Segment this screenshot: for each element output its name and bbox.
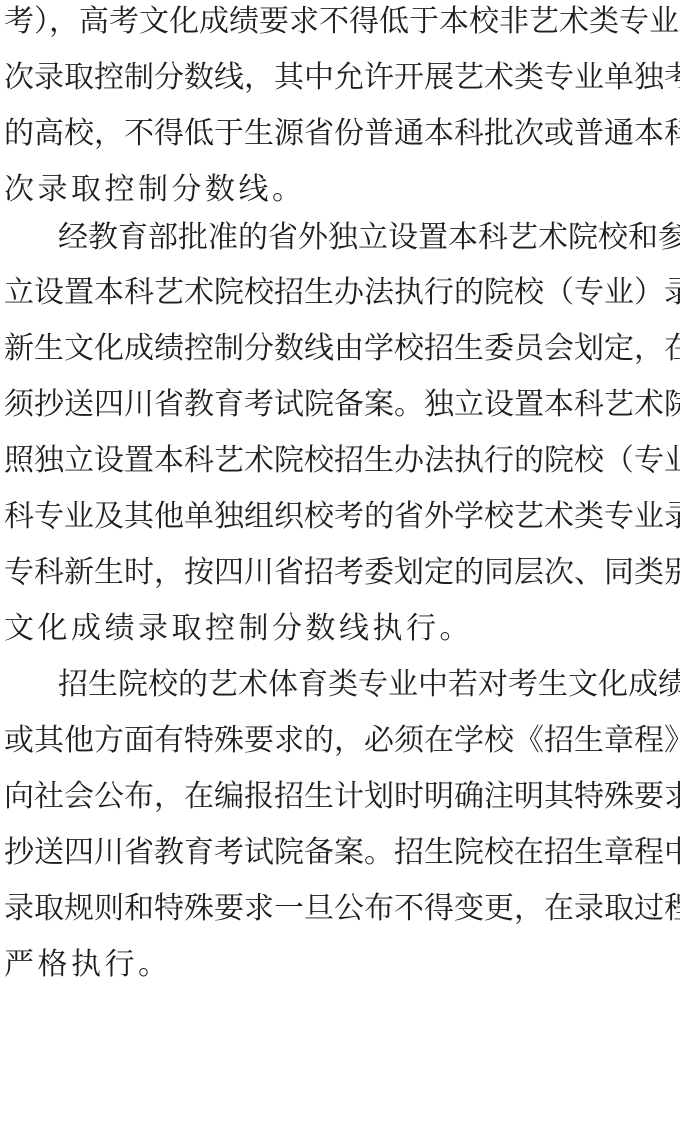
text-line: 立设置本科艺术院校招生办法执行的院校（专业）录取本科 xyxy=(4,273,676,313)
text-line: 新生文化成绩控制分数线由学校招生委员会划定，在录取前 xyxy=(4,329,676,369)
text-line: 文化成绩录取控制分数线执行。 xyxy=(4,609,676,649)
text-line: 专科新生时，按四川省招考委划定的同层次、同类别专业的 xyxy=(4,553,676,593)
text-line: 严格执行。 xyxy=(4,945,676,985)
text-line: 次录取控制分数线。 xyxy=(4,170,676,210)
text-line: 须抄送四川省教育考试院备案。独立设置本科艺术院校和参 xyxy=(4,385,676,425)
text-line: 照独立设置本科艺术院校招生办法执行的院校（专业）的专 xyxy=(4,441,676,481)
text-line: 录取规则和特殊要求一旦公布不得变更，在录取过程中必须 xyxy=(4,889,676,929)
paragraph-first-line: 招生院校的艺术体育类专业中若对考生文化成绩、身高 xyxy=(58,665,676,705)
text-line: 的高校，不得低于生源省份普通本科批次或普通本科第二批 xyxy=(4,114,676,154)
document-page: 考），高考文化成绩要求不得低于本校非艺术类专业所在批 次录取控制分数线，其中允许… xyxy=(0,0,680,1122)
text-line: 科专业及其他单独组织校考的省外学校艺术类专业录取本、 xyxy=(4,497,676,537)
text-line: 次录取控制分数线，其中允许开展艺术类专业单独考试招生 xyxy=(4,58,676,98)
text-line: 考），高考文化成绩要求不得低于本校非艺术类专业所在批 xyxy=(4,2,676,42)
text-line: 抄送四川省教育考试院备案。招生院校在招生章程中公布的 xyxy=(4,833,676,873)
paragraph-first-line: 经教育部批准的省外独立设置本科艺术院校和参照独 xyxy=(58,218,676,258)
text-line: 或其他方面有特殊要求的，必须在学校《招生章程》中提前 xyxy=(4,721,676,761)
text-line: 向社会公布，在编报招生计划时明确注明其特殊要求，同时 xyxy=(4,777,676,817)
